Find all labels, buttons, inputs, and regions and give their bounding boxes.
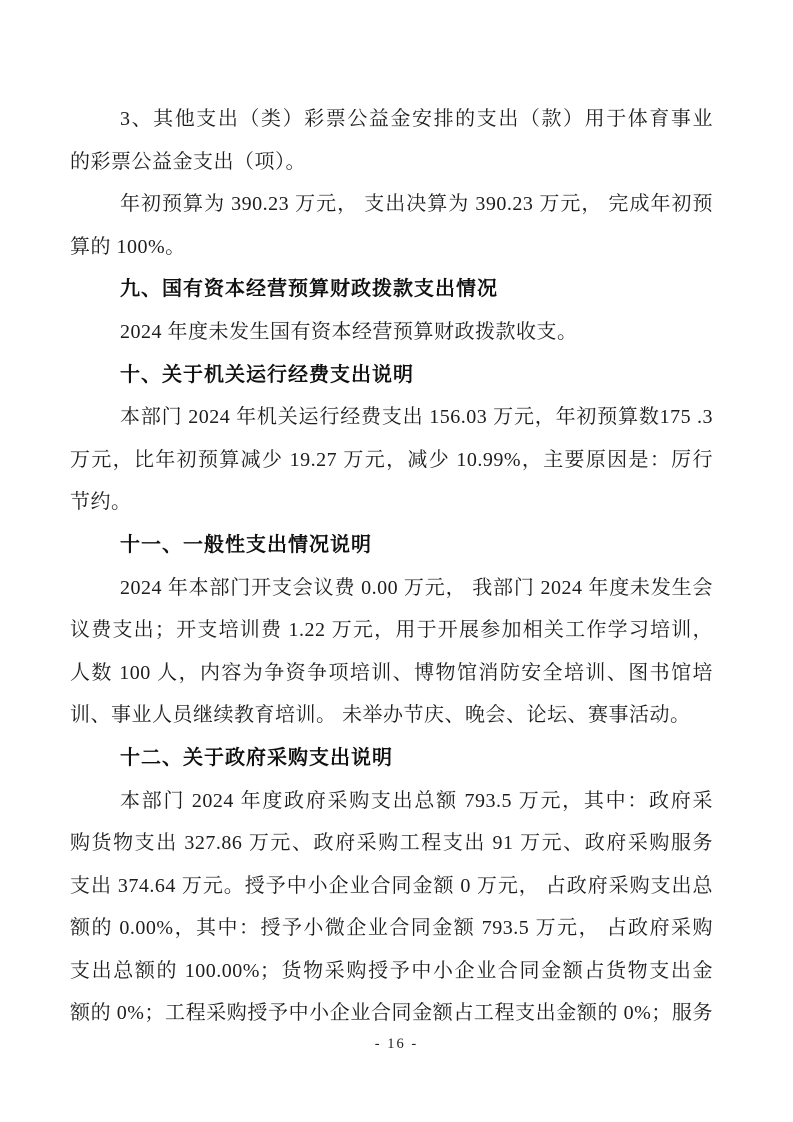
section-heading-12: 十二、关于政府采购支出说明 xyxy=(70,737,713,780)
paragraph-line: 议费支出；开支培训费 1.22 万元，用于开展参加相关工作学习培训， xyxy=(70,609,713,652)
paragraph-line: 购货物支出 327.86 万元、政府采购工程支出 91 万元、政府采购服务 xyxy=(70,822,713,865)
paragraph-line: 本部门 2024 年机关运行经费支出 156.03 万元，年初预算数175 .3 xyxy=(70,396,713,439)
paragraph-line: 万元，比年初预算减少 19.27 万元，减少 10.99%，主要原因是：厉行 xyxy=(70,439,713,482)
document-page: 3、其他支出（类）彩票公益金安排的支出（款）用于体育事业 的彩票公益金支出（项）… xyxy=(0,0,793,1122)
paragraph-line: 2024 年本部门开支会议费 0.00 万元， 我部门 2024 年度未发生会 xyxy=(70,567,713,610)
paragraph-line: 训、事业人员继续教育培训。 未举办节庆、晚会、论坛、赛事活动。 xyxy=(70,694,713,737)
paragraph-line: 3、其他支出（类）彩票公益金安排的支出（款）用于体育事业 xyxy=(70,98,713,141)
paragraph-line: 本部门 2024 年度政府采购支出总额 793.5 万元，其中：政府采 xyxy=(70,780,713,823)
paragraph-line: 算的 100%。 xyxy=(70,226,713,269)
paragraph-line: 支出总额的 100.00%；货物采购授予中小企业合同金额占货物支出金 xyxy=(70,950,713,993)
paragraph-line: 人数 100 人，内容为争资争项培训、博物馆消防安全培训、图书馆培 xyxy=(70,652,713,695)
paragraph-line: 的彩票公益金支出（项）。 xyxy=(70,141,713,184)
section-heading-11: 十一、一般性支出情况说明 xyxy=(70,524,713,567)
paragraph-line: 支出 374.64 万元。授予中小企业合同金额 0 万元， 占政府采购支出总 xyxy=(70,865,713,908)
paragraph-line: 额的 0.00%，其中：授予小微企业合同金额 793.5 万元， 占政府采购 xyxy=(70,907,713,950)
section-heading-10: 十、关于机关运行经费支出说明 xyxy=(70,354,713,397)
paragraph-line: 额的 0%；工程采购授予中小企业合同金额占工程支出金额的 0%；服务 xyxy=(70,992,713,1035)
section-heading-9: 九、国有资本经营预算财政拨款支出情况 xyxy=(70,268,713,311)
paragraph-line: 2024 年度未发生国有资本经营预算财政拨款收支。 xyxy=(70,311,713,354)
paragraph-line: 节约。 xyxy=(70,481,713,524)
body-text: 3、其他支出（类）彩票公益金安排的支出（款）用于体育事业 的彩票公益金支出（项）… xyxy=(70,98,713,1035)
paragraph-line: 年初预算为 390.23 万元， 支出决算为 390.23 万元， 完成年初预 xyxy=(70,183,713,226)
page-number: - 16 - xyxy=(0,1036,793,1053)
